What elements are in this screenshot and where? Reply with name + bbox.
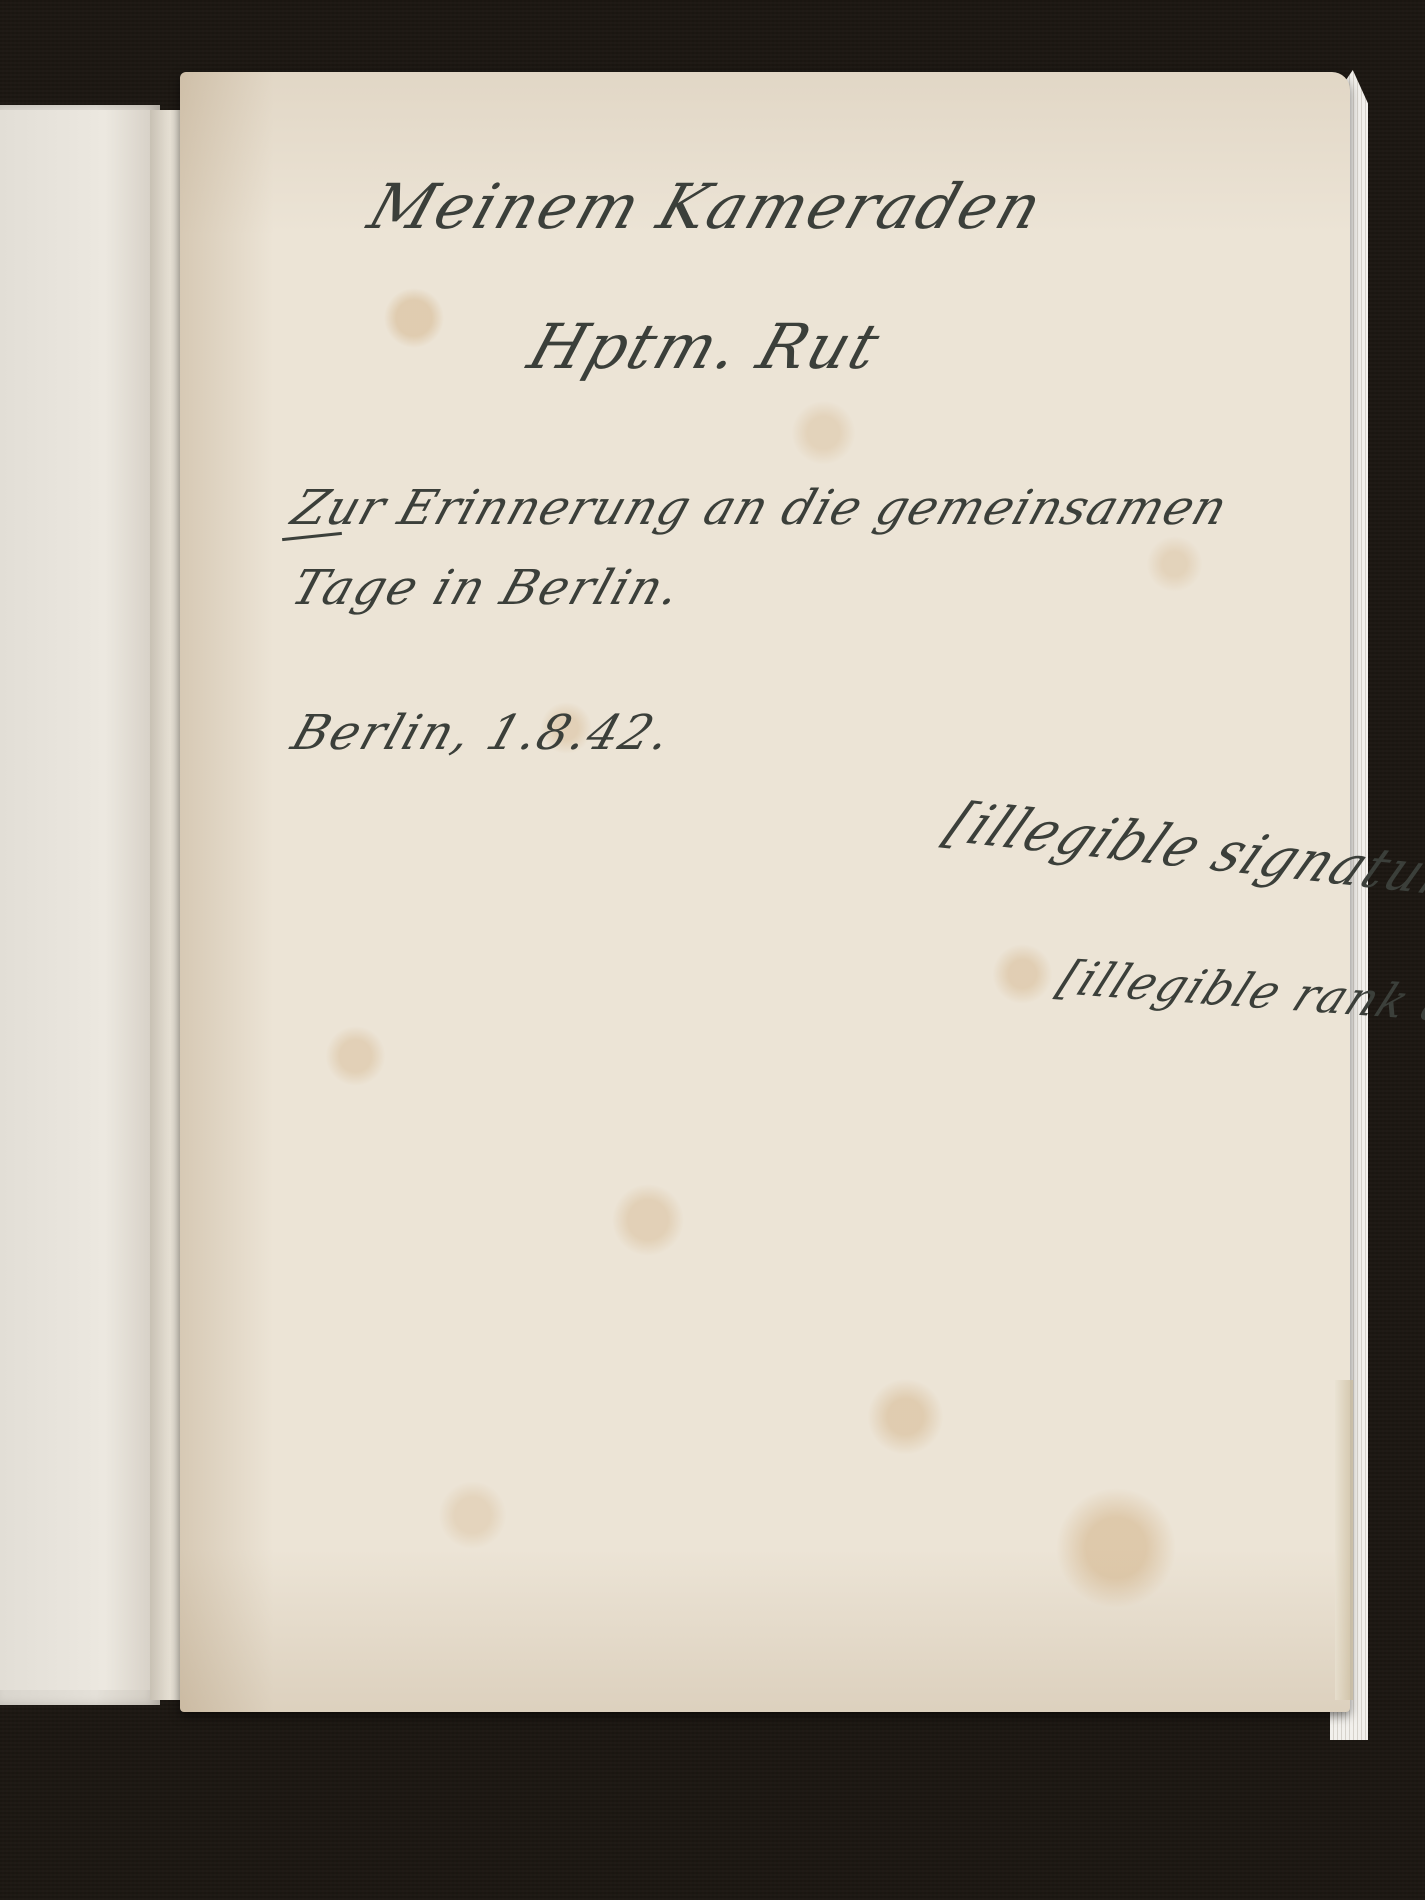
left-flyleaf-page — [0, 110, 152, 1690]
dedication-line-1: Meinem Kameraden — [360, 170, 1053, 243]
dedication-place-date: Berlin, 1.8.42. — [285, 705, 680, 761]
dedication-line-3: Zur Erinnerung an die gemeinsamen — [285, 480, 1235, 536]
page-edge-stain — [1335, 1380, 1353, 1700]
dedication-line-4: Tage in Berlin. — [285, 560, 690, 616]
dedication-recipient: Hptm. Rut — [520, 310, 890, 383]
open-book: Meinem Kameraden Hptm. Rut Zur Erinnerun… — [0, 0, 1425, 1900]
